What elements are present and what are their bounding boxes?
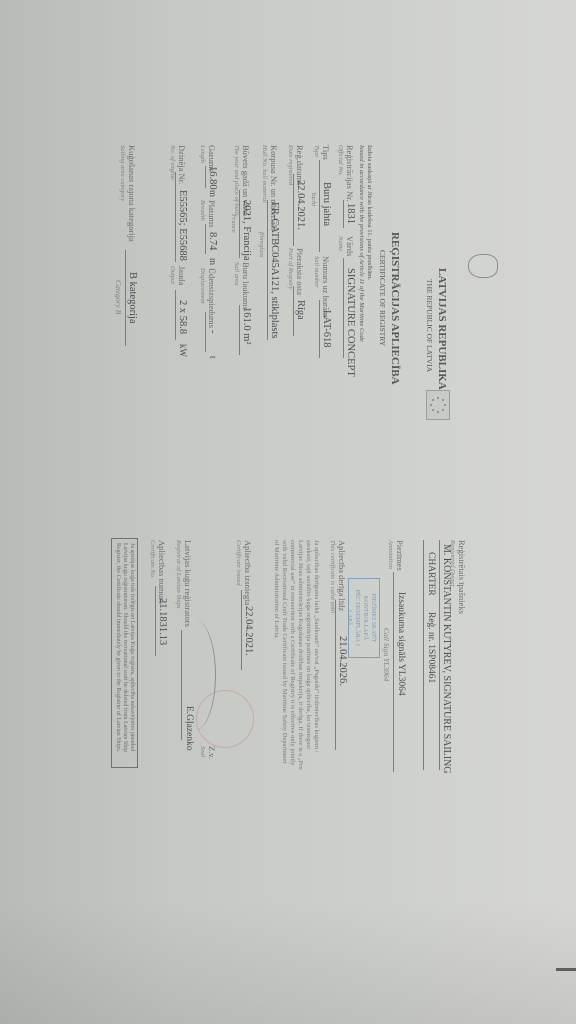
sail-area-label: Buru laukumsSail area: [232, 262, 250, 310]
certificate-no-label: Apliecības numursCertificate No.: [148, 540, 166, 604]
engine-value: E55565; E55688: [177, 190, 188, 261]
vessel-name-value: SIGNATURE CONCEPT: [345, 268, 356, 377]
category-value: B kategorija: [127, 272, 138, 324]
country-name-lv: LATVIJAS REPUBLIKA: [436, 268, 448, 390]
valid-until-value: 21.04.2026.: [337, 636, 348, 686]
owner-value: M. KONSTANTIN KUTYREV, SIGNATURE SAILING: [441, 544, 452, 774]
certificate-of-registry: LATVIJAS REPUBLIKA THE REPUBLIC OF LATVI…: [0, 0, 576, 1024]
certificate-no-value: 21.1831.13: [157, 598, 168, 645]
length-value: 16.80: [207, 166, 218, 190]
type-value: Buru jahta: [321, 182, 332, 226]
annotation-label: PiezīmesAnnotation: [386, 540, 404, 571]
issued-provision-lv: Izdota saskaņā ar Jūras kodeksa 11. pant…: [366, 145, 373, 280]
category-value-en: Category B: [114, 280, 123, 314]
type-label: TipsType: [312, 145, 330, 160]
charter-value: CHARTER: [426, 552, 436, 596]
reg-nr-value: Reģ. nr. 1SP08461: [426, 612, 436, 683]
registrar-value: E.Gļazenko: [184, 706, 194, 751]
valid-until-label: Apliecība derīga līdzThis certificate is…: [328, 540, 346, 613]
country-name-en: THE REPUBLIC OF LATVIA: [425, 279, 434, 372]
issued-label: Apliecība izsniegtaCertificate issued: [234, 540, 252, 605]
reg-no-value: 1831: [345, 203, 356, 224]
built-value: 2021, Francija: [241, 200, 252, 261]
power-label: JaudaOutput: [168, 266, 186, 285]
name-label: VārdsName: [336, 236, 354, 256]
port-label: Pieraksta ostaPort of Registry: [286, 248, 304, 295]
displacement-value: -: [207, 330, 218, 334]
coat-of-arms-icon: [468, 254, 498, 278]
breadth-unit: m: [208, 258, 218, 265]
issued-provision-en: Issued in accordance with the provisions…: [358, 145, 365, 342]
power-unit: kW: [178, 344, 188, 357]
length-unit: m: [208, 190, 218, 197]
breadth-value: 8.74: [207, 232, 218, 250]
sail-number-label: Numurs uz burāmSail number: [312, 256, 330, 317]
type-value-en: Yacht: [310, 192, 317, 206]
hull-value-en: fibreglass: [258, 232, 265, 257]
annotation-stamp: PIEZĪMES SKATĪTKONTROLLAPĀPĒC EKSEMPLĀRA…: [348, 578, 380, 658]
port-value: Rīga: [295, 300, 306, 320]
callsign-value: Izsaukuma signāls YL3064: [396, 592, 406, 696]
built-value-en: France: [230, 214, 237, 233]
category-label: Kuģošanas rajona kategorijaSailing area …: [118, 145, 136, 242]
sail-number-value: LAT-618: [321, 310, 332, 348]
displacement-label: ŪdensizspiedumsDisplacement: [198, 268, 216, 328]
seal-label: Z.v.Seal: [198, 746, 216, 759]
eu-flag-icon: [426, 390, 450, 420]
date-registered-value: 22.04.2021.: [295, 180, 306, 230]
certificate-title-en: CERTIFICATE OF REGISTRY: [378, 250, 387, 346]
footer-note: Ja apstājas kuģa tiek izslēgts no Latvij…: [111, 538, 138, 768]
sail-area-value: 161.0 m²: [241, 307, 252, 345]
engine-label: Dzinēja Nr.No. of engine: [168, 145, 186, 184]
certificate-title-lv: REĢISTRĀCIJAS APLIECĪBA: [389, 232, 401, 385]
displacement-unit: t: [208, 356, 218, 359]
registrar-label: Latvijas kuģu reģistratorsRegistrar of L…: [174, 540, 192, 627]
breadth-label: PlatumsBreadth: [198, 200, 216, 227]
hull-value: FR-CATBC045A121, stiklplasts: [269, 202, 280, 339]
power-value: 2 x 58.8: [177, 300, 188, 334]
reg-no-label: Reģistrācijas Nr.Official No.: [336, 145, 354, 202]
callsign-value-en: Call Sign YL3064: [382, 628, 391, 681]
legal-text: Ja apliecības derīguma laikā „Saulkrasti…: [272, 540, 320, 770]
issued-value: 22.04.2021.: [243, 606, 254, 656]
